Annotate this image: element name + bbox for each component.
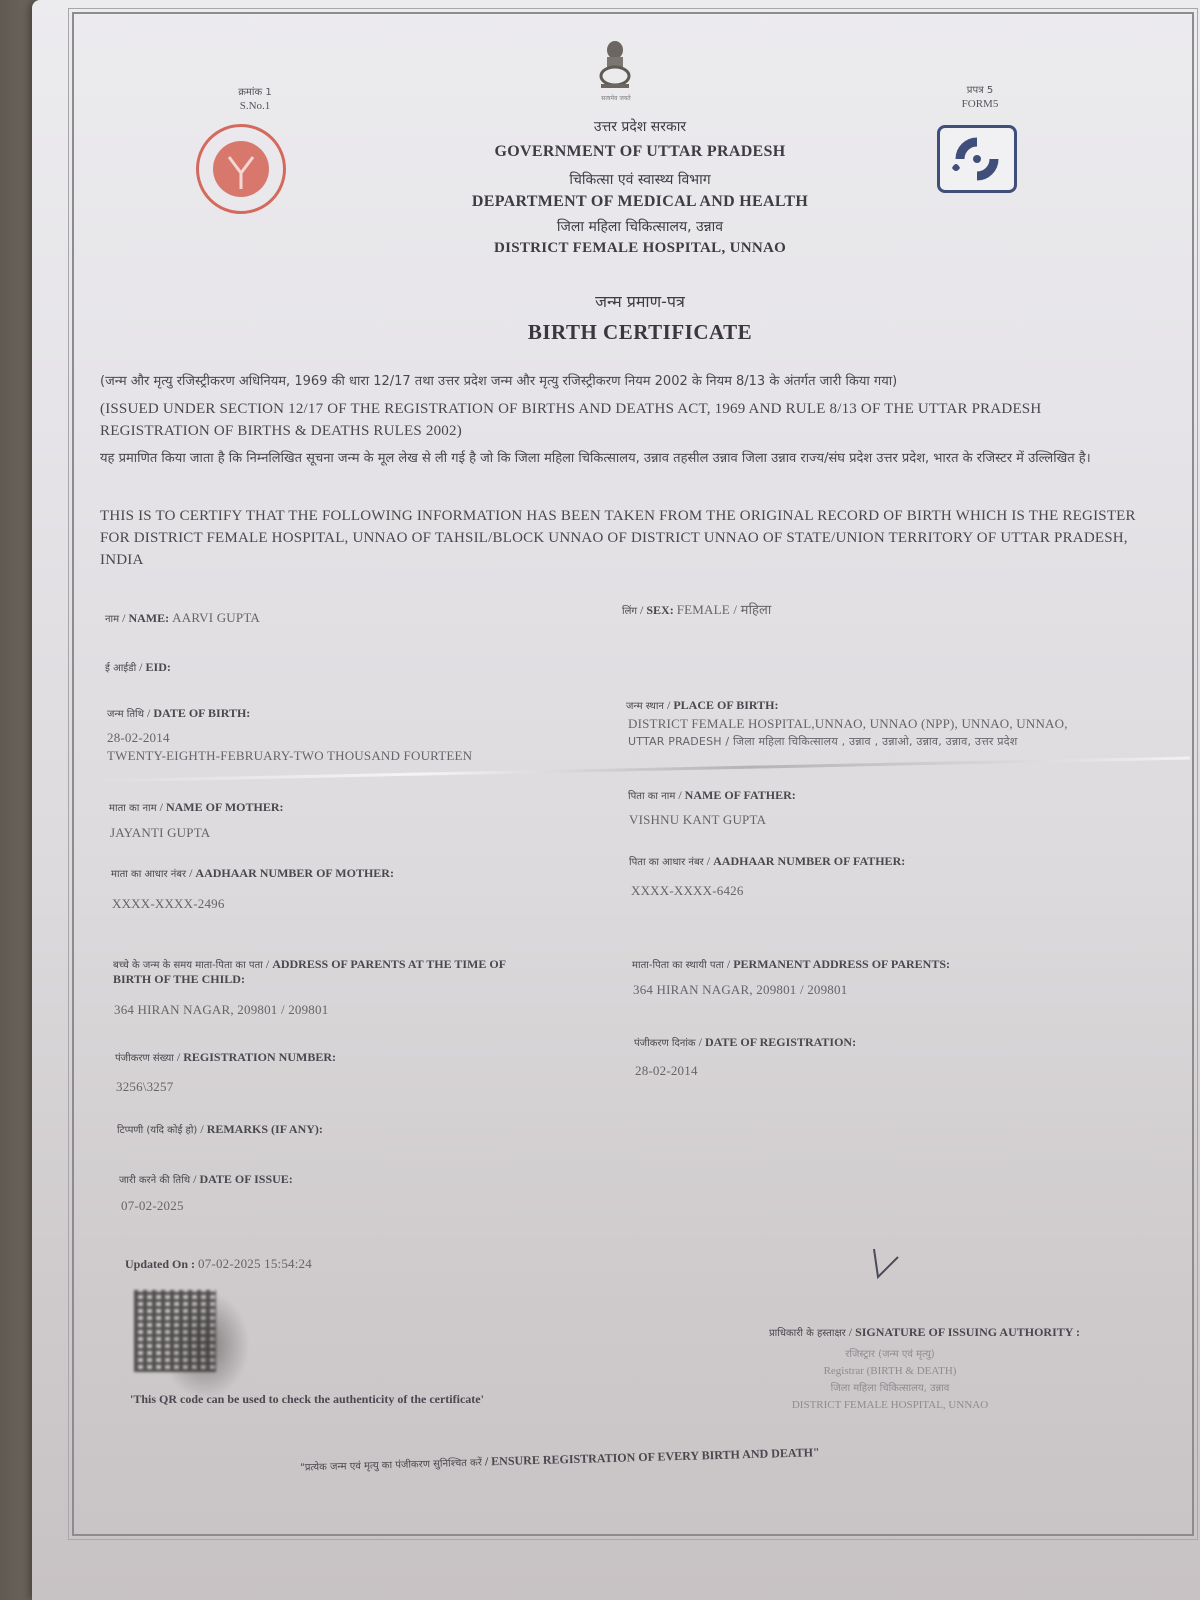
national-emblem-icon [596, 38, 634, 98]
serial-number: S.No.1 [210, 100, 300, 112]
registrar-stamp: रजिस्ट्रार (जन्म एवं मृत्यु) Registrar (… [700, 1346, 1080, 1414]
place-of-birth-value-line1: DISTRICT FEMALE HOSPITAL,UNNAO, UNNAO (N… [628, 716, 1068, 732]
date-of-issue-value: 07-02-2025 [121, 1198, 184, 1214]
dob-value: 28-02-2014 [107, 730, 170, 746]
health-department-logo-icon [937, 125, 1017, 193]
govt-title: GOVERNMENT OF UTTAR PRADESH [380, 143, 900, 161]
dob-label: जन्म तिथि / DATE OF BIRTH: [107, 706, 250, 721]
eid-field: ई आईडी / EID: [105, 660, 171, 675]
certify-statement: THIS IS TO CERTIFY THAT THE FOLLOWING IN… [100, 505, 1140, 571]
registration-number-value: 3256\3257 [116, 1079, 173, 1095]
mother-name-label: माता का नाम / NAME OF MOTHER: [109, 800, 284, 815]
emblem-caption: सत्यमेव जयते [590, 94, 642, 102]
registration-date-value: 28-02-2014 [635, 1063, 698, 1079]
uttar-pradesh-seal-icon [196, 124, 286, 214]
issued-under: (ISSUED UNDER SECTION 12/17 OF THE REGIS… [100, 398, 1140, 442]
name-value: AARVI GUPTA [172, 610, 260, 625]
dob-in-words: TWENTY-EIGHTH-FEBRUARY-TWO THOUSAND FOUR… [107, 748, 472, 764]
address-at-birth-label: बच्चे के जन्म के समय माता-पिता का पता / … [113, 957, 613, 987]
date-of-issue-label: जारी करने की तिथि / DATE OF ISSUE: [119, 1172, 293, 1187]
certificate-title: BIRTH CERTIFICATE [380, 320, 900, 345]
address-at-birth-value: 364 HIRAN NAGAR, 209801 / 209801 [114, 1002, 328, 1018]
hospital-title: DISTRICT FEMALE HOSPITAL, UNNAO [380, 240, 900, 257]
permanent-address-value: 364 HIRAN NAGAR, 209801 / 209801 [633, 982, 847, 998]
certificate-title-hi: जन्म प्रमाण-पत्र [380, 290, 900, 312]
mother-aadhaar-value: XXXX-XXXX-2496 [112, 896, 225, 912]
form-number-hi: प्रपत्र 5 [935, 82, 1025, 96]
qr-code-icon[interactable] [134, 1290, 216, 1372]
department-title-hi: चिकित्सा एवं स्वास्थ्य विभाग [380, 170, 900, 189]
father-name-value: VISHNU KANT GUPTA [629, 812, 766, 828]
updated-on: Updated On : 07-02-2025 15:54:24 [125, 1256, 312, 1272]
remarks-label: टिप्पणी (यदि कोई हो) / REMARKS (IF ANY): [117, 1122, 323, 1137]
hospital-title-hi: जिला महिला चिकित्सालय, उन्नाव [380, 217, 900, 236]
name-field: नाम / NAME: AARVI GUPTA [105, 610, 260, 626]
mother-name-value: JAYANTI GUPTA [110, 825, 210, 841]
registration-date-label: पंजीकरण दिनांक / DATE OF REGISTRATION: [634, 1035, 856, 1050]
father-name-label: पिता का नाम / NAME OF FATHER: [628, 788, 796, 803]
signature-label: प्राधिकारी के हस्ताक्षर / SIGNATURE OF I… [700, 1325, 1080, 1340]
father-aadhaar-label: पिता का आधार नंबर / AADHAAR NUMBER OF FA… [629, 854, 905, 869]
issued-under-hi: (जन्म और मृत्यु रजिस्ट्रीकरण अधिनियम, 19… [100, 370, 1140, 394]
mother-aadhaar-label: माता का आधार नंबर / AADHAAR NUMBER OF MO… [111, 866, 394, 881]
qr-note: 'This QR code can be used to check the a… [130, 1390, 590, 1408]
place-of-birth-value-line2: UTTAR PRADESH / जिला महिला चिकित्सालय , … [628, 734, 1017, 749]
serial-number-hi: क्रमांक 1 [210, 84, 300, 98]
place-of-birth-label: जन्म स्थान / PLACE OF BIRTH: [626, 698, 778, 713]
form-number: FORM5 [935, 98, 1025, 110]
registration-number-label: पंजीकरण संख्या / REGISTRATION NUMBER: [115, 1050, 336, 1065]
father-aadhaar-value: XXXX-XXXX-6426 [631, 883, 744, 899]
signature-mark-icon [868, 1245, 908, 1285]
sex-field: लिंग / SEX: FEMALE / महिला [622, 600, 771, 618]
department-title: DEPARTMENT OF MEDICAL AND HEALTH [380, 193, 900, 211]
permanent-address-label: माता-पिता का स्थायी पता / PERMANENT ADDR… [632, 957, 950, 972]
certify-statement-hi: यह प्रमाणित किया जाता है कि निम्नलिखित स… [100, 447, 1140, 471]
govt-title-hi: उत्तर प्रदेश सरकार [380, 117, 900, 136]
sex-value: FEMALE / महिला [677, 602, 772, 617]
